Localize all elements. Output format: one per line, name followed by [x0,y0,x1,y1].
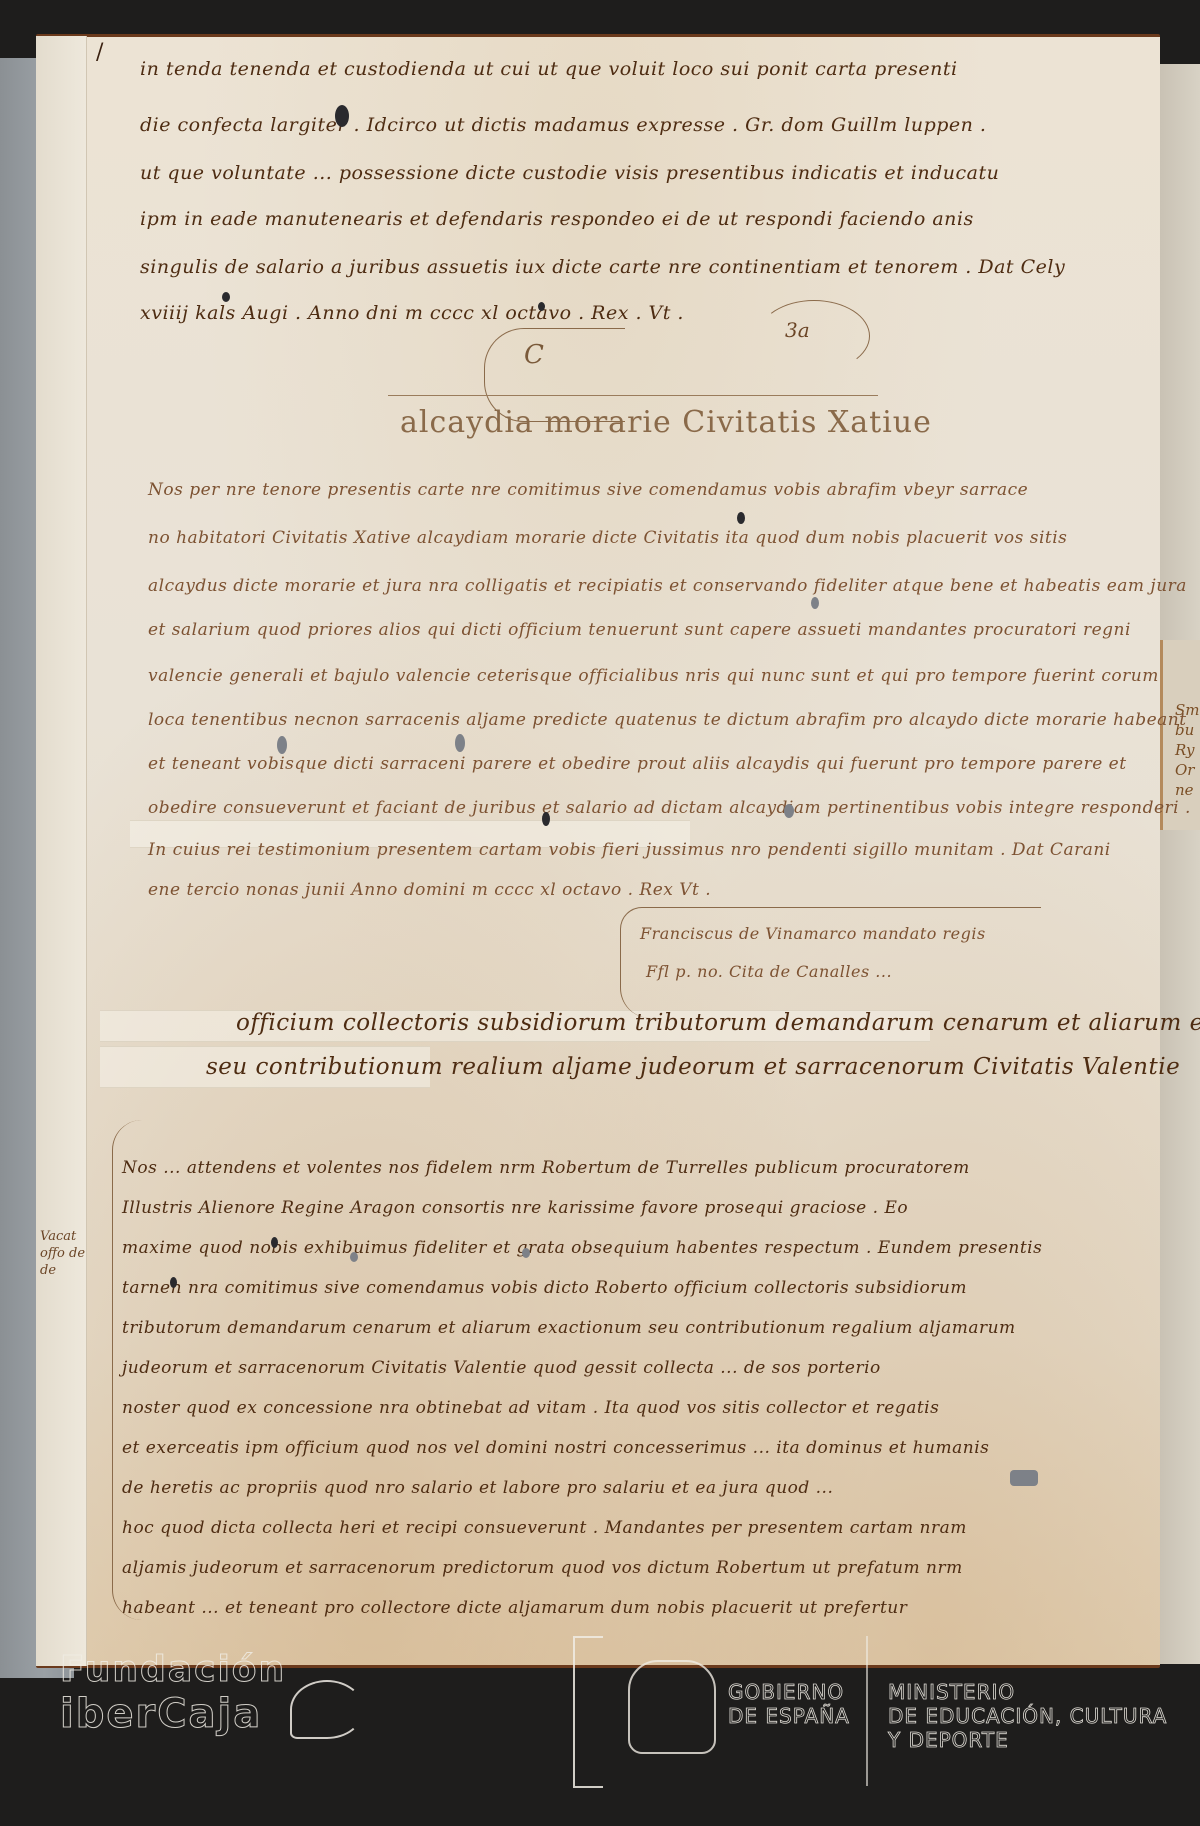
text-line: valencie generali et bajulo valencie cet… [148,666,1159,686]
margin-mark-circle [758,300,870,372]
note-line: Vacat [40,1228,85,1245]
text-line: habeant ... et teneant pro collectore di… [122,1598,907,1618]
text-line: ene tercio nonas junii Anno domini m ccc… [148,880,711,900]
ink-blot [222,292,230,302]
text-line: Illustris Alienore Regine Aragon consort… [122,1198,908,1218]
text-line: judeorum et sarracenorum Civitatis Valen… [122,1358,881,1378]
scrap-line: Or [1175,760,1200,780]
gobierno-watermark: GOBIERNO DE ESPAÑA [728,1680,850,1728]
fundacion-ibercaja-watermark: Fundación iberCaja [60,1648,286,1736]
watermark-text: Y DEPORTE [888,1728,1167,1752]
ink-blot [542,812,550,826]
left-margin-note: Vacat offo de de [40,1228,85,1279]
rubric-title: alcaydia morarie Civitatis Xatiue [400,405,932,440]
text-line: obedire consueverunt et faciant de jurib… [148,798,1191,818]
text-line: tarnen nra comitimus sive comendamus vob… [122,1278,967,1298]
text-line: Nos ... attendens et volentes nos fidele… [122,1158,970,1178]
text-line: aljamis judeorum et sarracenorum predict… [122,1558,963,1578]
ink-blot [455,734,465,752]
text-line: et teneant vobisque dicti sarraceni pare… [148,754,1127,774]
text-line: de heretis ac propriis quod nro salario … [122,1478,833,1498]
ibercaja-logo-icon [290,1680,364,1739]
text-line: in tenda tenenda et custodienda ut cui u… [140,58,958,80]
heading-line: officium collectoris subsidiorum tributo… [236,1010,1200,1036]
text-line: ut que voluntate ... possessione dicte c… [140,162,999,184]
page-binding-strip [36,36,87,1666]
ink-blot [335,105,349,127]
watermark-text: MINISTERIO [888,1680,1167,1704]
watermark-text: Fundación [60,1648,286,1692]
text-line: tributorum demandarum cenarum et aliarum… [122,1318,1016,1338]
scrap-line: Ry [1175,740,1200,760]
watermark-divider [866,1636,868,1786]
watermark-text: DE ESPAÑA [728,1704,850,1728]
text-line: hoc quod dicta collecta heri et recipi c… [122,1518,967,1538]
spain-flag-bar-icon [573,1636,603,1788]
ink-blot [350,1252,358,1262]
text-line: alcaydus dicte morarie et jura nra colli… [148,576,1187,596]
ink-blot [271,1237,278,1248]
ink-blot [538,302,545,311]
rubric-symbol: C [524,340,544,370]
signature-line: Franciscus de Vinamarco mandato regis [640,924,986,943]
facing-page-edge [1160,64,1200,1664]
note-line: de [40,1262,85,1279]
note-line: offo de [40,1245,85,1262]
heading-line: seu contributionum realium aljame judeor… [206,1054,1180,1080]
text-line: no habitatori Civitatis Xative alcaydiam… [148,528,1067,548]
text-line: noster quod ex concessione nra obtinebat… [122,1398,939,1418]
text-line: maxime quod nobis exhibuimus fideliter e… [122,1238,1042,1258]
ink-blot [737,512,745,524]
ink-blot [784,804,794,818]
ink-blot [1010,1470,1038,1486]
ink-blot [522,1248,530,1258]
margin-mark-text: 3a [785,318,810,342]
watermark-text: iberCaja [60,1692,286,1736]
text-line: In cuius rei testimonium presentem carta… [148,840,1111,860]
text-line: xviiij kals Augi . Anno dni m cccc xl oc… [140,302,684,324]
ink-blot [811,597,819,609]
watermark-text: GOBIERNO [728,1680,850,1704]
text-line: singulis de salario a juribus assuetis i… [140,256,1065,278]
scrap-line: ne [1175,780,1200,800]
text-line: ipm in eade manutenearis et defendaris r… [140,208,974,230]
text-line: loca tenentibus necnon sarracenis aljame… [148,710,1187,730]
folio-mark: / [96,40,103,65]
ministerio-watermark: MINISTERIO DE EDUCACIÓN, CULTURA Y DEPOR… [888,1680,1167,1752]
text-line: et salarium quod priores alios qui dicti… [148,620,1131,640]
coat-of-arms-icon [628,1660,716,1754]
signature-line: Ffl p. no. Cita de Canalles ... [646,962,892,981]
watermark-text: DE EDUCACIÓN, CULTURA [888,1704,1167,1728]
text-line: die confecta largiter . Idcirco ut dicti… [140,114,986,136]
ink-blot [277,736,287,754]
ink-blot [170,1277,177,1288]
text-line: Nos per nre tenore presentis carte nre c… [148,480,1028,500]
text-line: et exerceatis ipm officium quod nos vel … [122,1438,989,1458]
